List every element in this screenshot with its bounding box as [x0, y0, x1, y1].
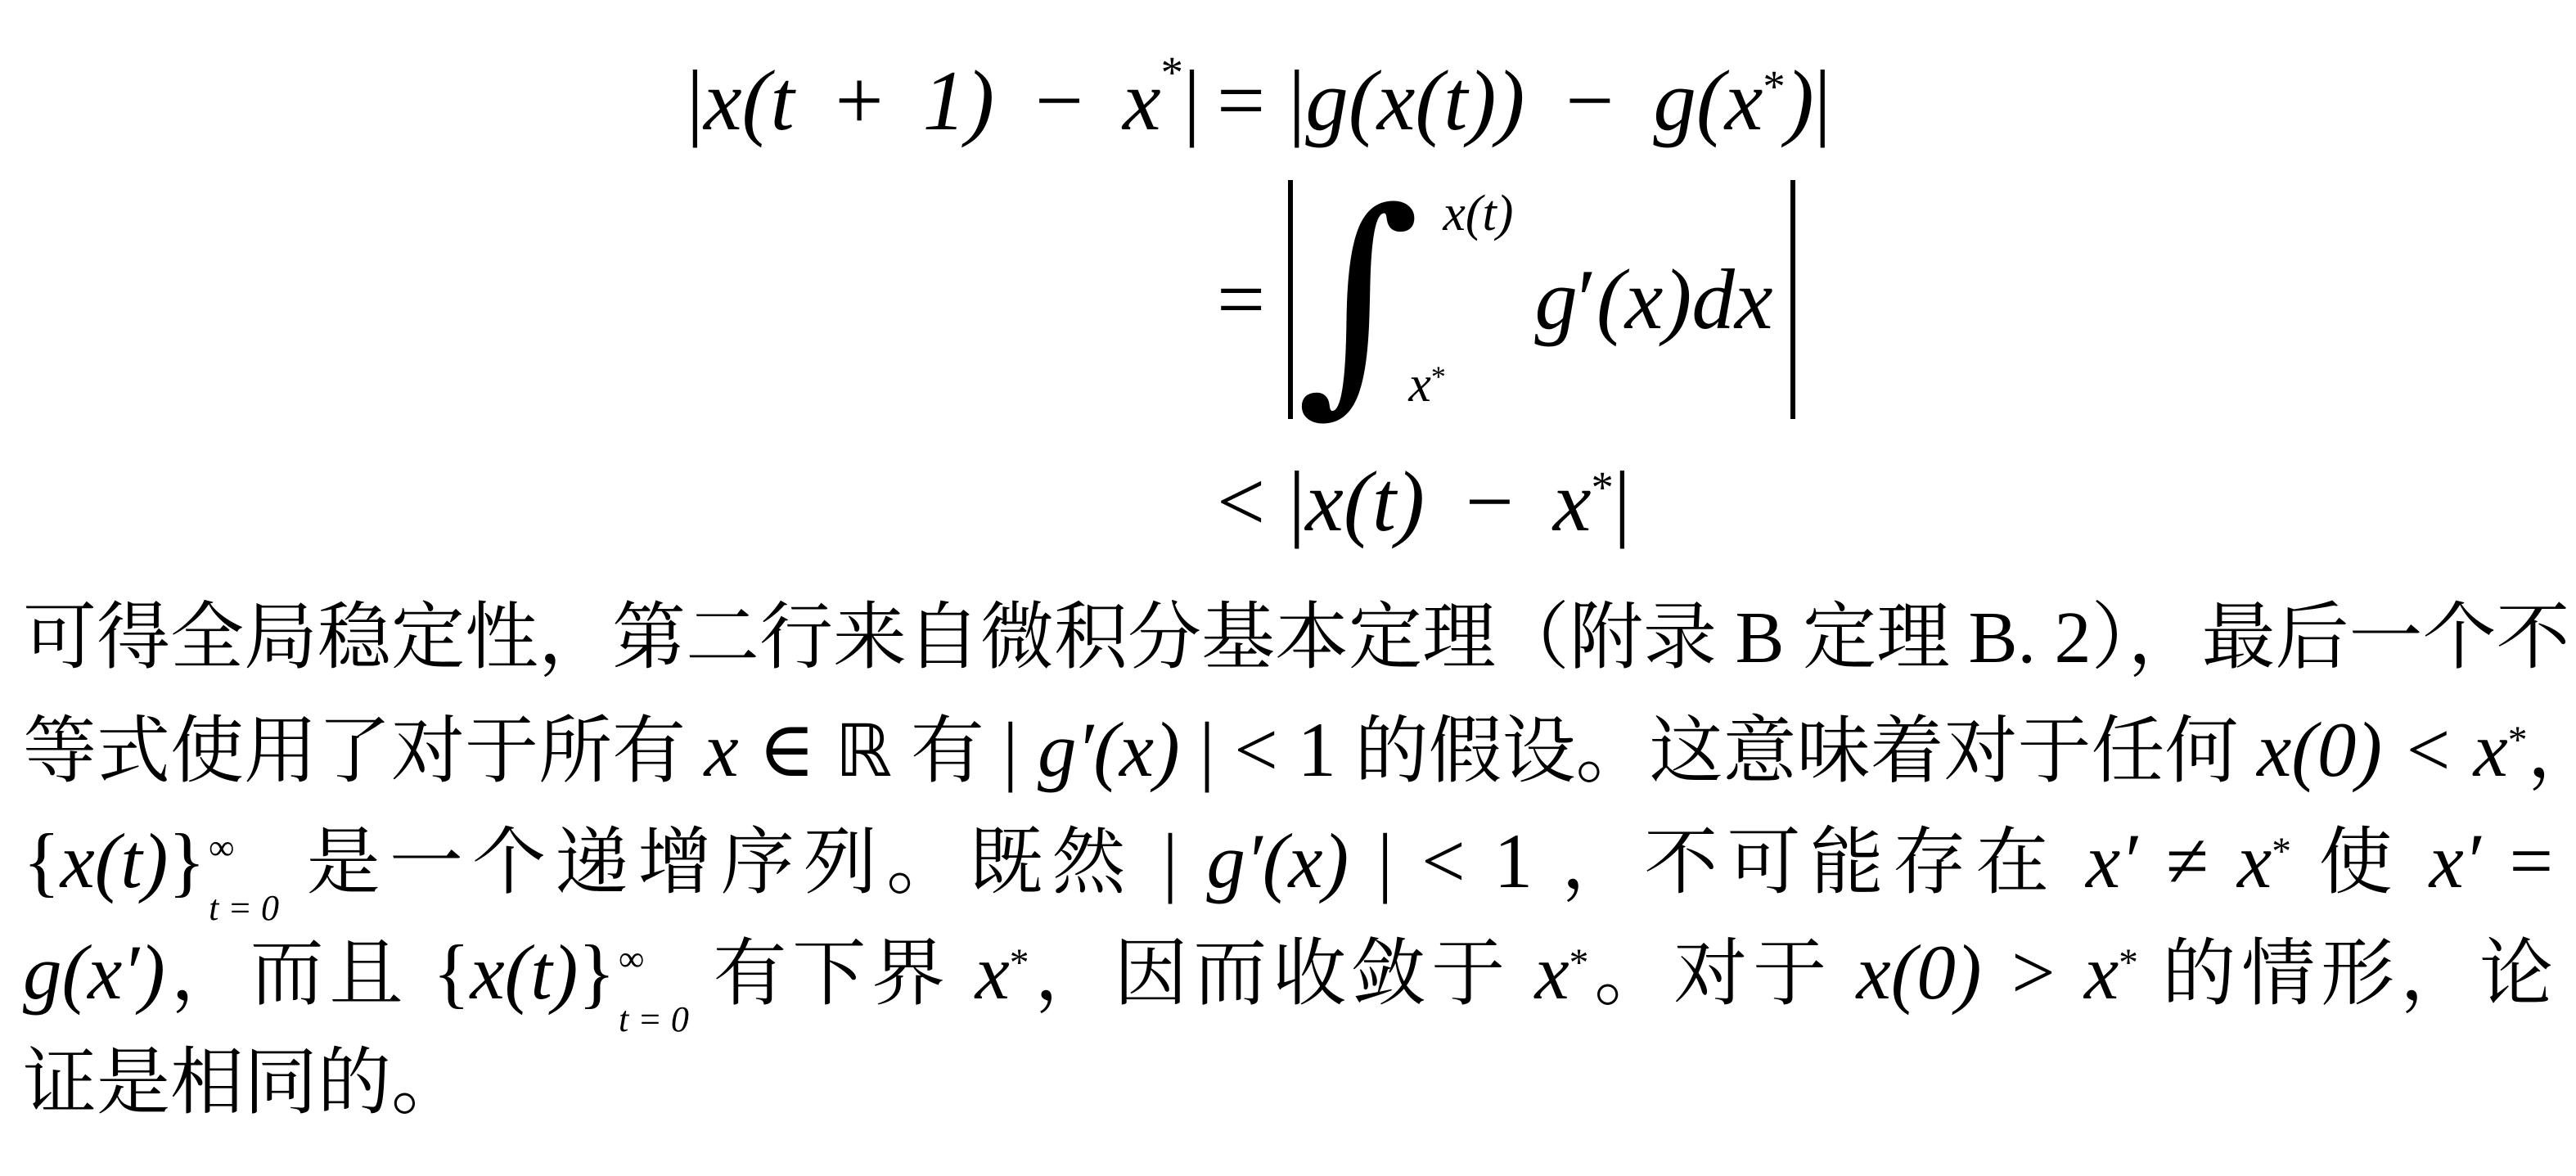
index-subscript: t = 0: [209, 890, 279, 926]
math-args: (x): [1263, 818, 1349, 904]
paragraph-line-1: 可得全局稳定性，第二行来自微积分基本定理（附录 B 定理 B. 2），最后一个不: [23, 583, 2553, 694]
abs-bar-close: |: [1349, 818, 1393, 904]
text-run: 有: [892, 711, 1002, 792]
star-superscript: *: [1569, 908, 1589, 1019]
equation-rhs: = ∫ x(t) x* g′(x)dx: [1217, 180, 1795, 419]
paragraph-line-4: g(x′)，而且 {x(t)}∞t = 0 有下界 x*，因而收敛于 x*。对于…: [23, 917, 2553, 1028]
prime-mark: ′: [2120, 818, 2137, 904]
real-numbers-symbol: ℝ: [835, 709, 893, 793]
rhs-body: x(t) − x: [1305, 453, 1591, 549]
text-run: 的情形，论: [2138, 934, 2553, 1015]
star-superscript: *: [2508, 685, 2528, 796]
text-run: 的假设。这意味着对于任何: [1336, 711, 2257, 792]
text-run: 使: [2291, 822, 2430, 903]
integral-upper-limit: x(t): [1443, 185, 1513, 243]
rhs-expression: |x(t) − x*|: [1288, 452, 1631, 551]
text-run: ，因而收敛于: [1029, 934, 1534, 1015]
math-var-x: x: [2086, 818, 2120, 904]
brace-open: {: [23, 818, 61, 904]
page: |x(t + 1) − x*| = |g(x(t)) − g(x*)| = ∫ …: [0, 0, 2576, 1139]
text-run: 证是相同的。: [23, 1043, 465, 1124]
less-than-one: < 1: [1393, 818, 1561, 904]
body-paragraph: 可得全局稳定性，第二行来自微积分基本定理（附录 B 定理 B. 2），最后一个不…: [0, 583, 2576, 1139]
integral-lower-limit: x*: [1408, 356, 1446, 414]
equation-line-2: = ∫ x(t) x* g′(x)dx: [791, 170, 2576, 428]
text-run: ，: [2528, 711, 2576, 792]
math-var-x: x: [2237, 818, 2272, 904]
rhs-body: g(x(t)) − g(x: [1305, 52, 1763, 148]
integrand-function: g: [1534, 251, 1578, 347]
integral-sign: ∫: [1296, 181, 1420, 418]
abs-bar-open: |: [1288, 52, 1305, 148]
element-of-symbol: ∈: [739, 706, 835, 793]
star-superscript: *: [1161, 47, 1183, 98]
star-superscript: *: [1431, 359, 1446, 394]
less-than-sign: <: [1217, 452, 1265, 551]
prime-mark: ′: [1578, 251, 1596, 347]
text-run: 可得全局稳定性，第二行来自微积分基本定理（附录 B 定理 B. 2），最后一个不: [23, 597, 2570, 678]
rhs-expression: |g(x(t)) − g(x*)|: [1288, 51, 1831, 150]
abs-bar-left: [1288, 180, 1293, 419]
paragraph-line-2: 等式使用了对于所有 x ∈ ℝ 有 | g′(x) | < 1 的假设。这意味着…: [23, 694, 2553, 805]
text-run: 等式使用了对于所有: [23, 711, 705, 792]
sequence-limits: ∞t = 0: [209, 830, 279, 926]
math-expression: g(x: [23, 929, 122, 1016]
prime-mark: ′: [2464, 818, 2481, 904]
sequence-body: x(t): [471, 929, 579, 1016]
equals-sign: =: [1217, 51, 1265, 150]
brace-close: }: [578, 929, 615, 1016]
sequence-limits: ∞t = 0: [619, 941, 689, 1038]
brace-close: }: [168, 818, 205, 904]
prime-mark: ′: [1245, 818, 1263, 904]
math-expression: x(0) > x: [1857, 929, 2119, 1016]
index-subscript: t = 0: [619, 1002, 689, 1038]
star-superscript: *: [2272, 796, 2291, 908]
text-run: ，不可能存在: [1561, 822, 2086, 903]
abs-bar-open: |: [687, 51, 704, 150]
math-var-g: g: [1206, 818, 1245, 904]
integral-limits: x(t) x*: [1408, 185, 1513, 414]
equation-rhs: < |x(t) − x*|: [1217, 452, 1631, 551]
integrand: g′(x)dx: [1534, 250, 1772, 349]
abs-bar-open: |: [1288, 453, 1305, 549]
abs-bar-right: [1790, 180, 1795, 419]
math-var-x: x: [2430, 818, 2464, 904]
star-superscript: *: [1592, 462, 1614, 513]
sequence-body: x(t): [61, 818, 169, 904]
prime-mark: ′: [122, 929, 139, 1016]
math-var-x: x: [705, 706, 739, 793]
equation-block: |x(t + 1) − x*| = |g(x(t)) − g(x*)| = ∫ …: [0, 0, 2576, 565]
less-than-one: < 1: [1214, 706, 1336, 793]
integrand-rest: (x)dx: [1596, 251, 1773, 347]
equals-sign: =: [1217, 250, 1265, 349]
abs-bar-close: |: [1180, 706, 1215, 793]
text-run: 。对于: [1588, 934, 1856, 1015]
abs-bar-open: |: [1002, 706, 1038, 793]
infinity-superscript: ∞: [209, 830, 234, 866]
paragraph-line-3: {x(t)}∞t = 0 是一个递增序列。既然 | g′(x) | < 1 ，不…: [23, 805, 2553, 917]
lower-limit-var: x: [1408, 357, 1431, 412]
closing-paren: ): [1786, 52, 1814, 148]
math-args: (x): [1093, 706, 1179, 793]
infinity-superscript: ∞: [619, 941, 644, 977]
math-var-x: x: [1534, 929, 1569, 1016]
abs-bar-close: |: [1614, 453, 1631, 549]
equation-line-3: < |x(t) − x*|: [791, 438, 2576, 565]
abs-bar-open: |: [1162, 818, 1206, 904]
equation-line-1: |x(t + 1) − x*| = |g(x(t)) − g(x*)|: [791, 37, 2576, 164]
not-equal-symbol: ≠: [2137, 818, 2237, 904]
lhs-expression: x(t + 1) − x: [704, 51, 1161, 150]
abs-bar-close: |: [1183, 51, 1200, 150]
abs-bar-close: |: [1814, 52, 1831, 148]
equation-rhs: = |g(x(t)) − g(x*)|: [1217, 51, 1831, 150]
math-expression: x(0) < x: [2257, 706, 2508, 793]
paragraph-line-5: 证是相同的。: [23, 1028, 2553, 1139]
equals-sign: =: [2481, 818, 2554, 904]
prime-mark: ′: [1076, 706, 1093, 793]
text-run: 是一个递增序列。既然: [279, 822, 1162, 903]
closing-paren: ): [139, 929, 165, 1016]
star-superscript: *: [1010, 908, 1029, 1019]
star-superscript: *: [2119, 908, 2138, 1019]
math-var-g: g: [1038, 706, 1077, 793]
text-run: 有下界: [689, 934, 975, 1015]
math-var-x: x: [975, 929, 1010, 1016]
text-run: ，而且: [165, 934, 433, 1015]
star-superscript: *: [1763, 61, 1785, 112]
brace-open: {: [433, 929, 471, 1016]
equation-lhs: |x(t + 1) − x*|: [791, 51, 1217, 150]
